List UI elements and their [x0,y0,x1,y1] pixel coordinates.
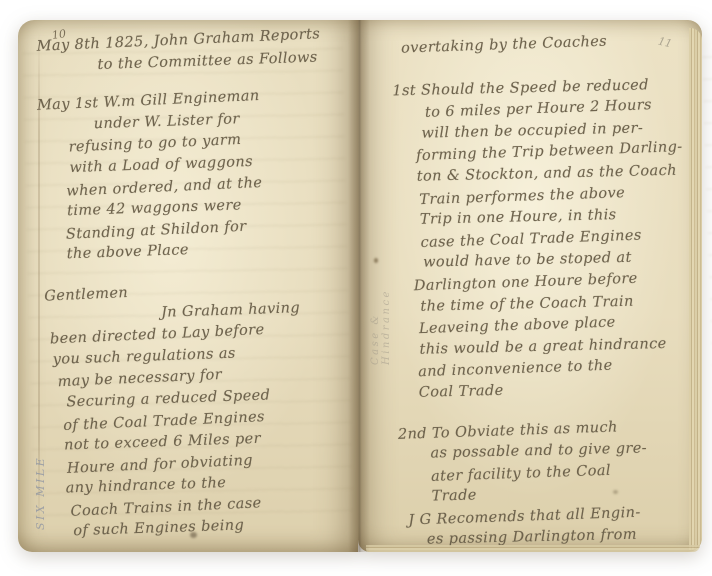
open-notebook: 10 SIX MILE May 8th 1825, John Graham Re… [18,20,702,552]
ink-speck [613,490,618,494]
margin-note-six-mile: SIX MILE [34,400,47,530]
show-through-texture [702,45,712,555]
left-page-text: May 8th 1825, John Graham Reportsto the … [34,24,353,544]
ink-smudge [190,532,197,538]
margin-note-gutter: Case & Hindrance [370,235,392,365]
left-page: 10 SIX MILE May 8th 1825, John Graham Re… [18,20,358,552]
manuscript-photo: 10 SIX MILE May 8th 1825, John Graham Re… [0,0,712,576]
stacked-page-edges-bottom [366,545,700,552]
right-page-text: overtaking by the Coaches1st Should the … [385,30,691,553]
stacked-page-edges [689,28,702,550]
book-gutter [348,20,370,552]
right-page: 11 overtaking by the Coaches1st Should t… [358,20,702,552]
handwritten-line: overtaking by the Coaches [401,29,678,60]
page-number-left: 10 [51,27,67,42]
